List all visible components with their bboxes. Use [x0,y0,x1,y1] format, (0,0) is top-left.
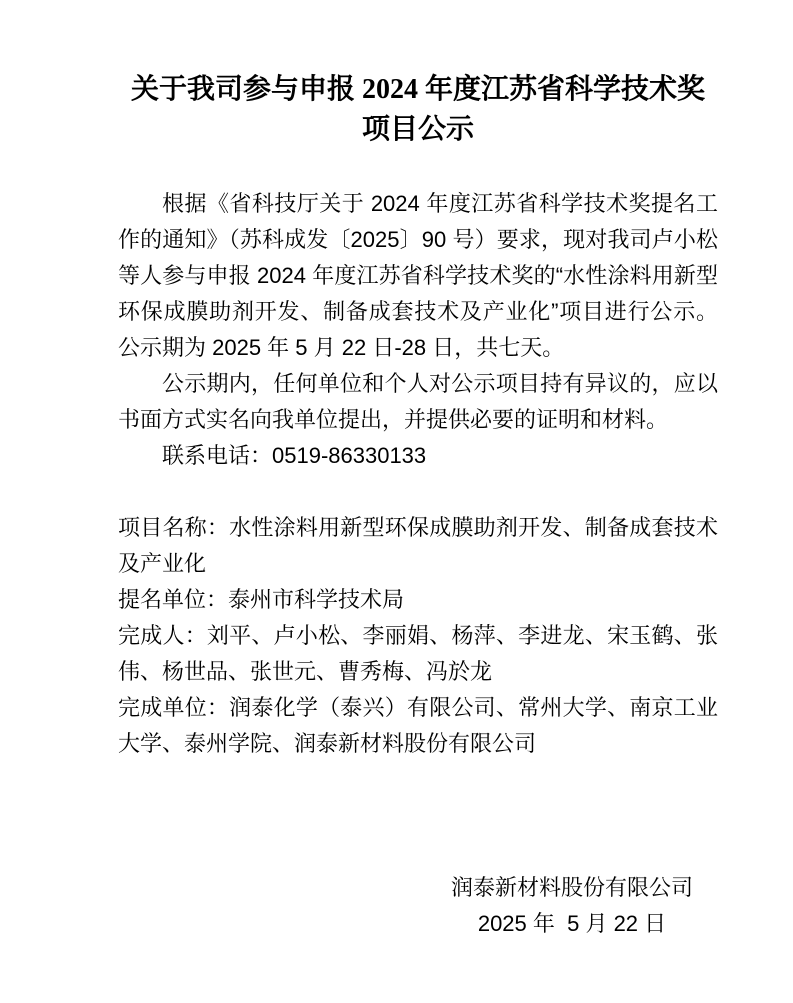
document-page: 关于我司参与申报 2024 年度江苏省科学技术奖 项目公示 根据《省科技厅关于 … [0,0,793,1003]
completing-units-line-2: 大学、泰州学院、润泰新材料股份有限公司 [118,726,718,762]
title-line-1: 关于我司参与申报 2024 年度江苏省科学技术奖 [118,70,718,110]
objection-paragraph-line-1: 公示期内，任何单位和个人对公示项目持有异议的，应以 [118,366,718,402]
title-line-2: 项目公示 [118,110,718,150]
contributors-line-1: 完成人：刘平、卢小松、李丽娟、杨萍、李进龙、宋玉鹤、张 [118,618,718,654]
signature-date: 2025 年 5 月 22 日 [451,906,693,942]
intro-paragraph-line-2: 作的通知》（苏科成发〔2025〕90 号）要求，现对我司卢小松 [118,222,718,258]
intro-paragraph-line-3: 等人参与申报 2024 年度江苏省科学技术奖的“水性涂料用新型 [118,258,718,294]
project-name-line-2: 及产业化 [118,546,718,582]
completing-units-line-1: 完成单位：润泰化学（泰兴）有限公司、常州大学、南京工业 [118,690,718,726]
contact-phone-line: 联系电话：0519-86330133 [118,438,718,474]
document-title: 关于我司参与申报 2024 年度江苏省科学技术奖 项目公示 [118,70,718,150]
blank-line [118,474,718,510]
nominating-unit-line: 提名单位：泰州市科学技术局 [118,582,718,618]
document-body: 根据《省科技厅关于 2024 年度江苏省科学技术奖提名工 作的通知》（苏科成发〔… [118,186,718,942]
contributors-line-2: 伟、杨世品、张世元、曹秀梅、冯於龙 [118,654,718,690]
objection-paragraph-line-2: 书面方式实名向我单位提出，并提供必要的证明和材料。 [118,402,718,438]
intro-paragraph-line-1: 根据《省科技厅关于 2024 年度江苏省科学技术奖提名工 [118,186,718,222]
signature-company: 润泰新材料股份有限公司 [451,870,693,906]
intro-paragraph-line-5: 公示期为 2025 年 5 月 22 日-28 日，共七天。 [118,330,718,366]
intro-paragraph-line-4: 环保成膜助剂开发、制备成套技术及产业化”项目进行公示。 [118,294,718,330]
signature-block: 润泰新材料股份有限公司 2025 年 5 月 22 日 [118,870,718,942]
project-name-line-1: 项目名称：水性涂料用新型环保成膜助剂开发、制备成套技术 [118,510,718,546]
